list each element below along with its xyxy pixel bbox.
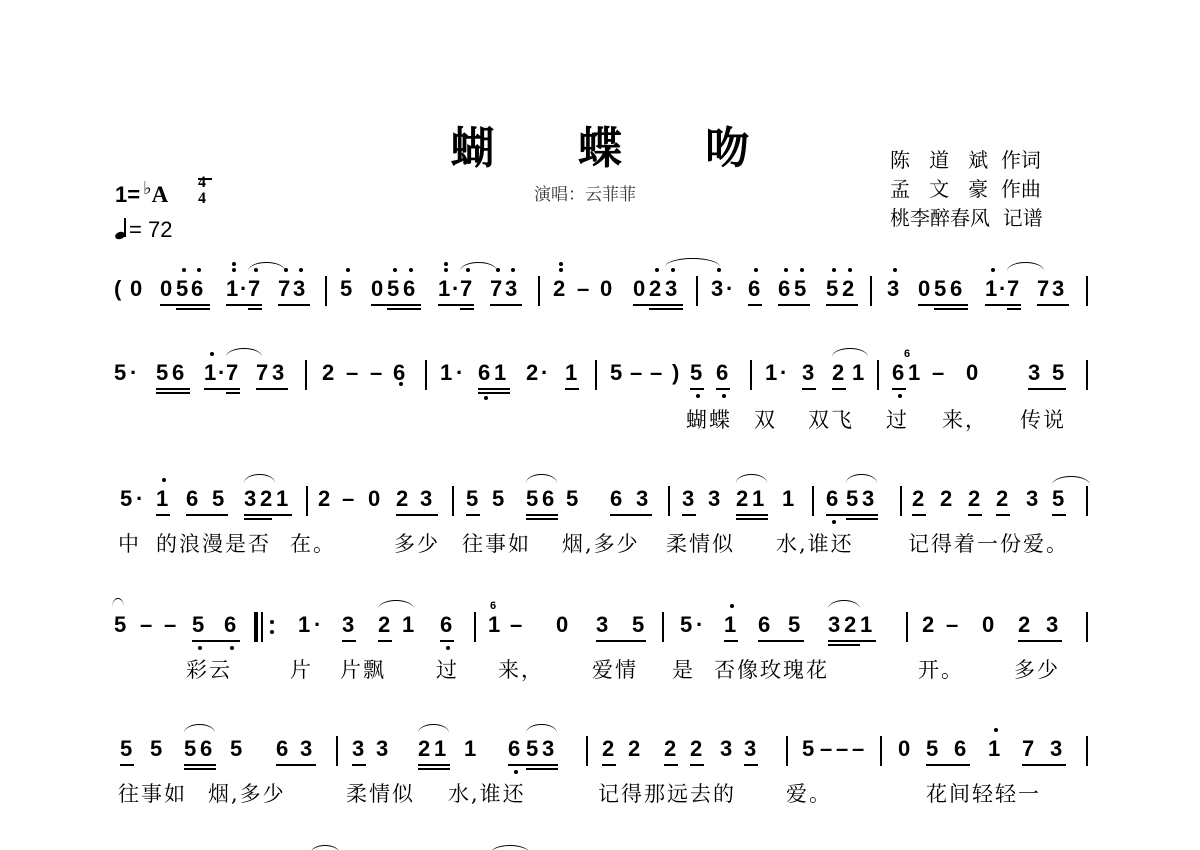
- note: 6: [716, 358, 728, 388]
- octave-dot: [210, 352, 214, 356]
- underline-beam: [565, 388, 579, 390]
- note: ·: [240, 274, 247, 304]
- note: 5: [114, 610, 126, 640]
- underline-beam: [352, 764, 366, 766]
- underline-beam: [649, 308, 683, 310]
- note: 2: [322, 358, 334, 388]
- slur-arc: [1052, 476, 1090, 485]
- note: 3: [1046, 610, 1058, 640]
- note: –: [577, 274, 589, 304]
- underline-beam: [1052, 514, 1066, 516]
- underline-beam: [736, 514, 768, 516]
- note: 3: [682, 484, 694, 514]
- underline-beam: [244, 518, 272, 520]
- barline: [1086, 486, 1088, 516]
- note: –: [164, 610, 176, 640]
- key-signature: 1=♭A: [115, 178, 168, 208]
- note: 5: [466, 484, 478, 514]
- underline-beam: [736, 518, 768, 520]
- lyricist-credit: 陈 道 斌 作词: [890, 146, 1043, 175]
- note: 3: [720, 734, 732, 764]
- slur-arc: [526, 724, 557, 733]
- note: 7: [226, 358, 238, 388]
- underline-beam: [184, 768, 216, 770]
- underline-beam: [438, 304, 474, 306]
- note: 1: [156, 484, 168, 514]
- note: –: [346, 358, 358, 388]
- note: 6: [403, 274, 415, 304]
- quarter-note-icon: [115, 218, 129, 240]
- note: (: [114, 274, 121, 304]
- note: 1: [860, 610, 872, 640]
- note: ·: [130, 358, 137, 388]
- note: 2: [628, 734, 640, 764]
- underline-beam: [478, 388, 510, 390]
- underline-beam: [832, 388, 846, 390]
- underline-beam: [1007, 308, 1021, 310]
- barline: [336, 736, 338, 766]
- note: 6: [172, 358, 184, 388]
- note: 3: [887, 274, 899, 304]
- underline-beam: [802, 388, 816, 390]
- note: 2: [396, 484, 408, 514]
- barline: [696, 276, 698, 306]
- slur-arc: [310, 845, 340, 850]
- note: 1: [440, 358, 452, 388]
- note: 2: [378, 610, 390, 640]
- octave-dot: [197, 268, 201, 272]
- underline-beam: [526, 514, 558, 516]
- credits-block: 陈 道 斌 作词 孟 文 豪 作曲 桃李醉春风 记谱: [890, 146, 1043, 233]
- note: 7: [1007, 274, 1019, 304]
- underline-beam: [724, 640, 738, 642]
- slur-arc: [112, 598, 124, 607]
- underline-beam: [912, 514, 926, 516]
- slur-arc: [460, 262, 497, 271]
- barline: [1086, 612, 1088, 642]
- octave-dot: [393, 268, 397, 272]
- underline-beam: [1037, 304, 1069, 306]
- note: ·: [314, 610, 321, 640]
- lyric-text: 双: [754, 404, 777, 434]
- note: 6: [191, 274, 203, 304]
- lyric-text: 是: [672, 654, 695, 684]
- octave-dot: [232, 268, 236, 272]
- note: 1: [464, 734, 476, 764]
- note: 3: [300, 734, 312, 764]
- note: 6: [440, 610, 452, 640]
- note: 3: [272, 358, 284, 388]
- note: 1: [724, 610, 736, 640]
- underline-beam: [156, 392, 190, 394]
- underline-beam: [160, 304, 210, 306]
- barline: [586, 736, 588, 766]
- note: 0: [633, 274, 645, 304]
- octave-dot: [182, 268, 186, 272]
- key-letter: A: [152, 182, 169, 207]
- lyric-text: 片: [290, 654, 313, 684]
- note: 2: [842, 274, 854, 304]
- note: 7: [1022, 734, 1034, 764]
- underline-beam: [690, 764, 704, 766]
- note: 2: [1018, 610, 1030, 640]
- note: 2: [526, 358, 538, 388]
- barline: [877, 360, 879, 390]
- note: 3: [293, 274, 305, 304]
- underline-beam: [826, 514, 878, 516]
- note: 2: [844, 610, 856, 640]
- note: 5: [492, 484, 504, 514]
- tempo-marking: = 72: [115, 217, 172, 243]
- slur-arc: [665, 258, 720, 267]
- note: 5: [340, 274, 352, 304]
- note: 5: [176, 274, 188, 304]
- note: 1: [298, 610, 310, 640]
- slur-arc: [226, 348, 262, 357]
- underline-beam: [996, 514, 1010, 516]
- note: 0: [918, 274, 930, 304]
- note: –: [820, 734, 832, 764]
- note: ·: [780, 358, 787, 388]
- underline-beam: [184, 764, 216, 766]
- slur-arc: [244, 474, 275, 483]
- note: ·: [999, 274, 1006, 304]
- note: 5: [926, 734, 938, 764]
- slur-arc: [184, 724, 215, 733]
- note: 0: [600, 274, 612, 304]
- barline: [786, 736, 788, 766]
- note: –: [836, 734, 848, 764]
- octave-dot: [696, 394, 700, 398]
- note: 1: [988, 734, 1000, 764]
- note: 5: [526, 734, 538, 764]
- note: 3: [596, 610, 608, 640]
- underline-beam: [460, 308, 474, 310]
- octave-dot: [299, 268, 303, 272]
- barline: [306, 486, 308, 516]
- underline-beam: [478, 392, 510, 394]
- note: 5: [120, 734, 132, 764]
- note: 3: [636, 484, 648, 514]
- underline-beam: [602, 764, 616, 766]
- lyric-text: 传说: [1020, 404, 1066, 434]
- barline: [662, 612, 664, 642]
- lyric-text: 多少: [394, 528, 440, 558]
- grace-note: 6: [490, 600, 496, 612]
- barline: [1086, 360, 1088, 390]
- lyric-text: 往事如: [118, 778, 187, 808]
- note: –: [140, 610, 152, 640]
- note: 1: [908, 358, 920, 388]
- note: 5: [114, 358, 126, 388]
- note: ·: [456, 358, 463, 388]
- slur-arc: [828, 600, 860, 609]
- note: 2: [418, 734, 430, 764]
- note: 6: [276, 734, 288, 764]
- note: 6: [826, 484, 838, 514]
- lyric-text: 水,谁还: [776, 528, 854, 558]
- slur-arc: [1007, 262, 1044, 271]
- underline-beam: [1022, 764, 1066, 766]
- barline: [750, 360, 752, 390]
- underline-beam: [748, 304, 762, 306]
- underline-beam: [490, 304, 522, 306]
- slur-arc: [248, 262, 285, 271]
- underline-beam: [1018, 640, 1062, 642]
- note: 3: [862, 484, 874, 514]
- underline-beam: [256, 388, 288, 390]
- note: 5: [192, 610, 204, 640]
- note: 3: [376, 734, 388, 764]
- note: –: [630, 358, 642, 388]
- underline-beam: [918, 304, 968, 306]
- octave-dot: [717, 268, 721, 272]
- note: 5: [566, 484, 578, 514]
- underline-beam: [186, 514, 228, 516]
- octave-dot: [399, 382, 403, 386]
- barline: [595, 360, 597, 390]
- slur-arc: [846, 474, 877, 483]
- lyric-text: 开。: [918, 654, 964, 684]
- octave-dot: [898, 394, 902, 398]
- underline-beam: [778, 304, 810, 306]
- lyric-text: 烟,多少: [562, 528, 640, 558]
- note: –: [932, 358, 944, 388]
- note: 2: [318, 484, 330, 514]
- octave-dot: [444, 268, 448, 272]
- underline-beam: [892, 388, 906, 390]
- octave-dot: [784, 268, 788, 272]
- repeat-bar-thick: [254, 612, 258, 642]
- note: ·: [452, 274, 459, 304]
- octave-dot: [409, 268, 413, 272]
- octave-dot: [270, 630, 274, 634]
- slur-arc: [832, 348, 868, 357]
- note: 1: [204, 358, 216, 388]
- note: –: [370, 358, 382, 388]
- note: 6: [478, 358, 490, 388]
- note: 3: [828, 610, 840, 640]
- octave-dot: [722, 394, 726, 398]
- note: 0: [371, 274, 383, 304]
- octave-dot: [446, 646, 450, 650]
- note: 2: [664, 734, 676, 764]
- note: 6: [542, 484, 554, 514]
- note: –: [852, 734, 864, 764]
- underline-beam: [378, 640, 392, 642]
- underline-beam: [610, 514, 652, 516]
- underline-beam: [526, 768, 558, 770]
- note: 5: [156, 358, 168, 388]
- note: 2: [553, 274, 565, 304]
- octave-dot: [991, 268, 995, 272]
- time-signature: 4 4: [198, 175, 206, 207]
- note: 5: [1052, 358, 1064, 388]
- underline-beam: [682, 514, 696, 516]
- note: 1: [765, 358, 777, 388]
- slur-arc: [736, 474, 767, 483]
- octave-dot: [832, 268, 836, 272]
- note: 6: [892, 358, 904, 388]
- note: 0: [898, 734, 910, 764]
- lyric-text: 柔情似: [346, 778, 415, 808]
- lyric-text: 片飘: [340, 654, 386, 684]
- note: 0: [556, 610, 568, 640]
- note: 2: [690, 734, 702, 764]
- octave-dot: [514, 770, 518, 774]
- underline-beam: [204, 388, 240, 390]
- octave-dot: [994, 728, 998, 732]
- underline-beam: [846, 518, 878, 520]
- underline-beam: [633, 304, 683, 306]
- note: 3: [542, 734, 554, 764]
- barline: [812, 486, 814, 516]
- note: 6: [950, 274, 962, 304]
- lyric-text: 中: [118, 528, 141, 558]
- key-tonic: 1=: [115, 182, 140, 207]
- underline-beam: [176, 308, 210, 310]
- note: ): [672, 358, 679, 388]
- note: 6: [610, 484, 622, 514]
- underline-beam: [276, 764, 316, 766]
- note: 3: [342, 610, 354, 640]
- barline: [870, 276, 872, 306]
- note: –: [650, 358, 662, 388]
- underline-beam: [248, 308, 262, 310]
- note: 5: [526, 484, 538, 514]
- note: 5: [184, 734, 196, 764]
- note: 1: [752, 484, 764, 514]
- octave-dot: [848, 268, 852, 272]
- barline: [452, 486, 454, 516]
- underline-beam: [156, 514, 170, 516]
- note: 6: [224, 610, 236, 640]
- note: 2: [912, 484, 924, 514]
- note: 3: [744, 734, 756, 764]
- slur-arc: [418, 724, 449, 733]
- barline: [906, 612, 908, 642]
- octave-dot: [511, 268, 515, 272]
- note: 5: [387, 274, 399, 304]
- note: ·: [726, 274, 733, 304]
- underline-beam: [396, 514, 438, 516]
- barline: [1086, 736, 1088, 766]
- slur-arc: [378, 600, 414, 609]
- barline: [880, 736, 882, 766]
- barline: [474, 612, 476, 642]
- note: 0: [966, 358, 978, 388]
- note: 1: [494, 358, 506, 388]
- note: 3: [244, 484, 256, 514]
- octave-dot: [754, 268, 758, 272]
- note: 3: [1052, 274, 1064, 304]
- note: 5: [934, 274, 946, 304]
- note: 5: [794, 274, 806, 304]
- underline-beam: [278, 304, 310, 306]
- note: 0: [130, 274, 142, 304]
- octave-dot: [346, 268, 350, 272]
- note: 3: [352, 734, 364, 764]
- lyric-text: 记得那远去的: [598, 778, 736, 808]
- lyric-text: 花间轻轻一: [926, 778, 1041, 808]
- lyric-text: 记得着一份爱。: [908, 528, 1069, 558]
- underline-beam: [192, 640, 240, 642]
- note: –: [342, 484, 354, 514]
- lyric-text: 多少: [1014, 654, 1060, 684]
- octave-dot: [730, 604, 734, 608]
- underline-beam: [1028, 388, 1066, 390]
- octave-dot: [832, 520, 836, 524]
- note: 6: [758, 610, 770, 640]
- note: 1: [852, 358, 864, 388]
- note: 1: [565, 358, 577, 388]
- underline-beam: [508, 764, 558, 766]
- underline-beam: [156, 388, 190, 390]
- note: 7: [490, 274, 502, 304]
- octave-dot: [559, 262, 563, 266]
- octave-dot: [198, 646, 202, 650]
- lyric-text: 双飞: [808, 404, 854, 434]
- lyric-text: 过: [436, 654, 459, 684]
- note: 7: [248, 274, 260, 304]
- note: 6: [508, 734, 520, 764]
- octave-dot: [655, 268, 659, 272]
- slur-arc: [490, 845, 530, 850]
- underline-beam: [226, 304, 262, 306]
- note: 5: [212, 484, 224, 514]
- octave-dot: [800, 268, 804, 272]
- slur-arc: [526, 474, 557, 483]
- octave-dot: [270, 620, 274, 624]
- note: 1: [438, 274, 450, 304]
- underline-beam: [985, 304, 1021, 306]
- note: 3: [708, 484, 720, 514]
- note: 6: [186, 484, 198, 514]
- barline: [325, 276, 327, 306]
- octave-dot: [232, 262, 236, 266]
- time-sig-divider: [198, 178, 212, 180]
- underline-beam: [418, 768, 450, 770]
- lyric-text: 柔情似: [666, 528, 735, 558]
- note: 1: [488, 610, 500, 640]
- note: 2: [260, 484, 272, 514]
- underline-beam: [968, 514, 982, 516]
- lyric-text: 在。: [290, 528, 336, 558]
- note: 5: [610, 358, 622, 388]
- underline-beam: [120, 764, 134, 766]
- lyric-text: 的浪漫是否: [156, 528, 271, 558]
- note: 2: [922, 610, 934, 640]
- note: 2: [832, 358, 844, 388]
- octave-dot: [484, 396, 488, 400]
- note: 5: [802, 734, 814, 764]
- lyric-text: 彩云: [186, 654, 232, 684]
- note: 7: [1037, 274, 1049, 304]
- note: 3: [1028, 358, 1040, 388]
- note: 3: [1050, 734, 1062, 764]
- lyric-text: 过: [886, 404, 909, 434]
- lyric-text: 爱。: [786, 778, 832, 808]
- flat-icon: ♭: [143, 178, 152, 198]
- note: 3: [420, 484, 432, 514]
- singer-credit: 演唱：云菲菲: [534, 180, 636, 205]
- note: 6: [200, 734, 212, 764]
- note: 0: [982, 610, 994, 640]
- octave-dot: [230, 646, 234, 650]
- repeat-bar-thin: [261, 612, 263, 642]
- note: –: [946, 610, 958, 640]
- underline-beam: [716, 388, 730, 390]
